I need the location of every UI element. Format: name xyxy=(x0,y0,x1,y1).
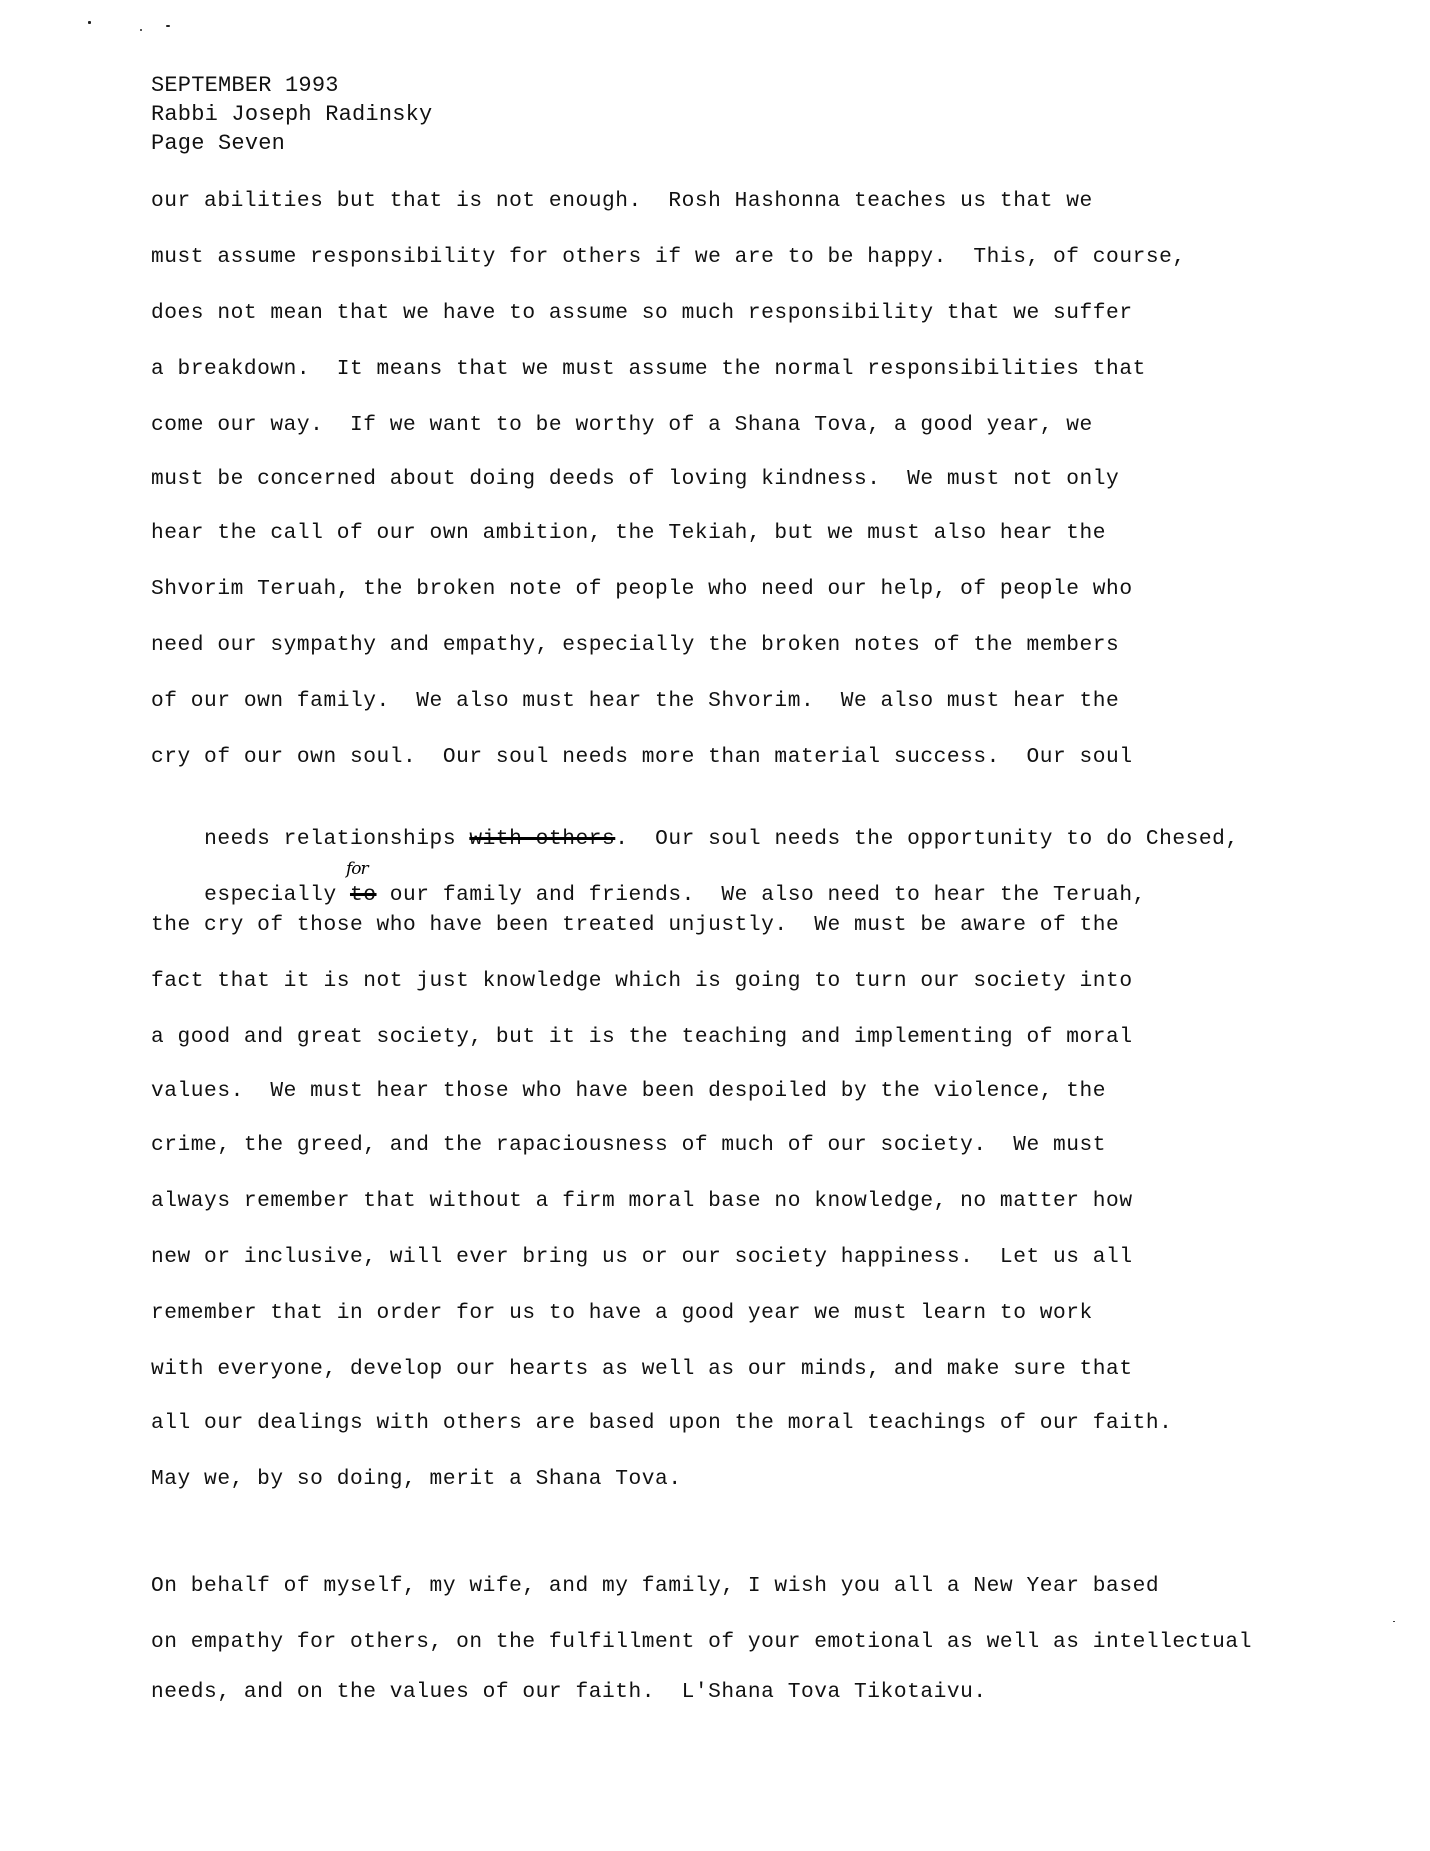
text-segment: needs relationships xyxy=(204,827,469,851)
body-line: a breakdown. It means that we must assum… xyxy=(151,356,1146,382)
body-line: must assume responsibility for others if… xyxy=(151,244,1186,270)
scan-speck xyxy=(166,25,170,27)
text-segment: especially xyxy=(204,883,350,907)
header-date: SEPTEMBER 1993 xyxy=(151,71,432,100)
text-segment: . Our soul needs the opportunity to do C… xyxy=(615,827,1238,851)
body-line: cry of our own soul. Our soul needs more… xyxy=(151,744,1133,770)
body-line: hear the call of our own ambition, the T… xyxy=(151,520,1106,546)
body-line: must be concerned about doing deeds of l… xyxy=(151,466,1119,492)
scan-speck xyxy=(140,29,142,31)
body-line: always remember that without a firm mora… xyxy=(151,1188,1133,1214)
body-line: values. We must hear those who have been… xyxy=(151,1078,1106,1104)
handwritten-insert: for xyxy=(346,856,368,882)
correction: forto xyxy=(350,882,377,908)
body-line: the cry of those who have been treated u… xyxy=(151,912,1119,938)
body-line: with everyone, develop our hearts as wel… xyxy=(151,1356,1133,1382)
body-line: Shvorim Teruah, the broken note of peopl… xyxy=(151,576,1133,602)
body-line: need our sympathy and empathy, especiall… xyxy=(151,632,1119,658)
struck-text: with others xyxy=(469,827,615,851)
header-page-number: Page Seven xyxy=(151,129,432,158)
scan-speck xyxy=(1393,1621,1395,1622)
closing-line: On behalf of myself, my wife, and my fam… xyxy=(151,1573,1159,1599)
body-line: our abilities but that is not enough. Ro… xyxy=(151,188,1093,214)
closing-line: needs, and on the values of our faith. L… xyxy=(151,1679,987,1705)
body-line: remember that in order for us to have a … xyxy=(151,1300,1093,1326)
body-line: does not mean that we have to assume so … xyxy=(151,300,1133,326)
scan-speck xyxy=(88,21,91,24)
body-line: all our dealings with others are based u… xyxy=(151,1410,1172,1436)
text-segment: our family and friends. We also need to … xyxy=(377,883,1146,907)
body-line: May we, by so doing, merit a Shana Tova. xyxy=(151,1466,682,1492)
struck-text: to xyxy=(350,883,377,907)
body-line: fact that it is not just knowledge which… xyxy=(151,968,1133,994)
body-line: come our way. If we want to be worthy of… xyxy=(151,412,1093,438)
body-line: crime, the greed, and the rapaciousness … xyxy=(151,1132,1106,1158)
body-line: new or inclusive, will ever bring us or … xyxy=(151,1244,1133,1270)
closing-line: on empathy for others, on the fulfillmen… xyxy=(151,1629,1252,1655)
body-line: of our own family. We also must hear the… xyxy=(151,688,1119,714)
body-line: a good and great society, but it is the … xyxy=(151,1024,1133,1050)
letter-header: SEPTEMBER 1993 Rabbi Joseph Radinsky Pag… xyxy=(151,71,432,158)
header-author: Rabbi Joseph Radinsky xyxy=(151,100,432,129)
